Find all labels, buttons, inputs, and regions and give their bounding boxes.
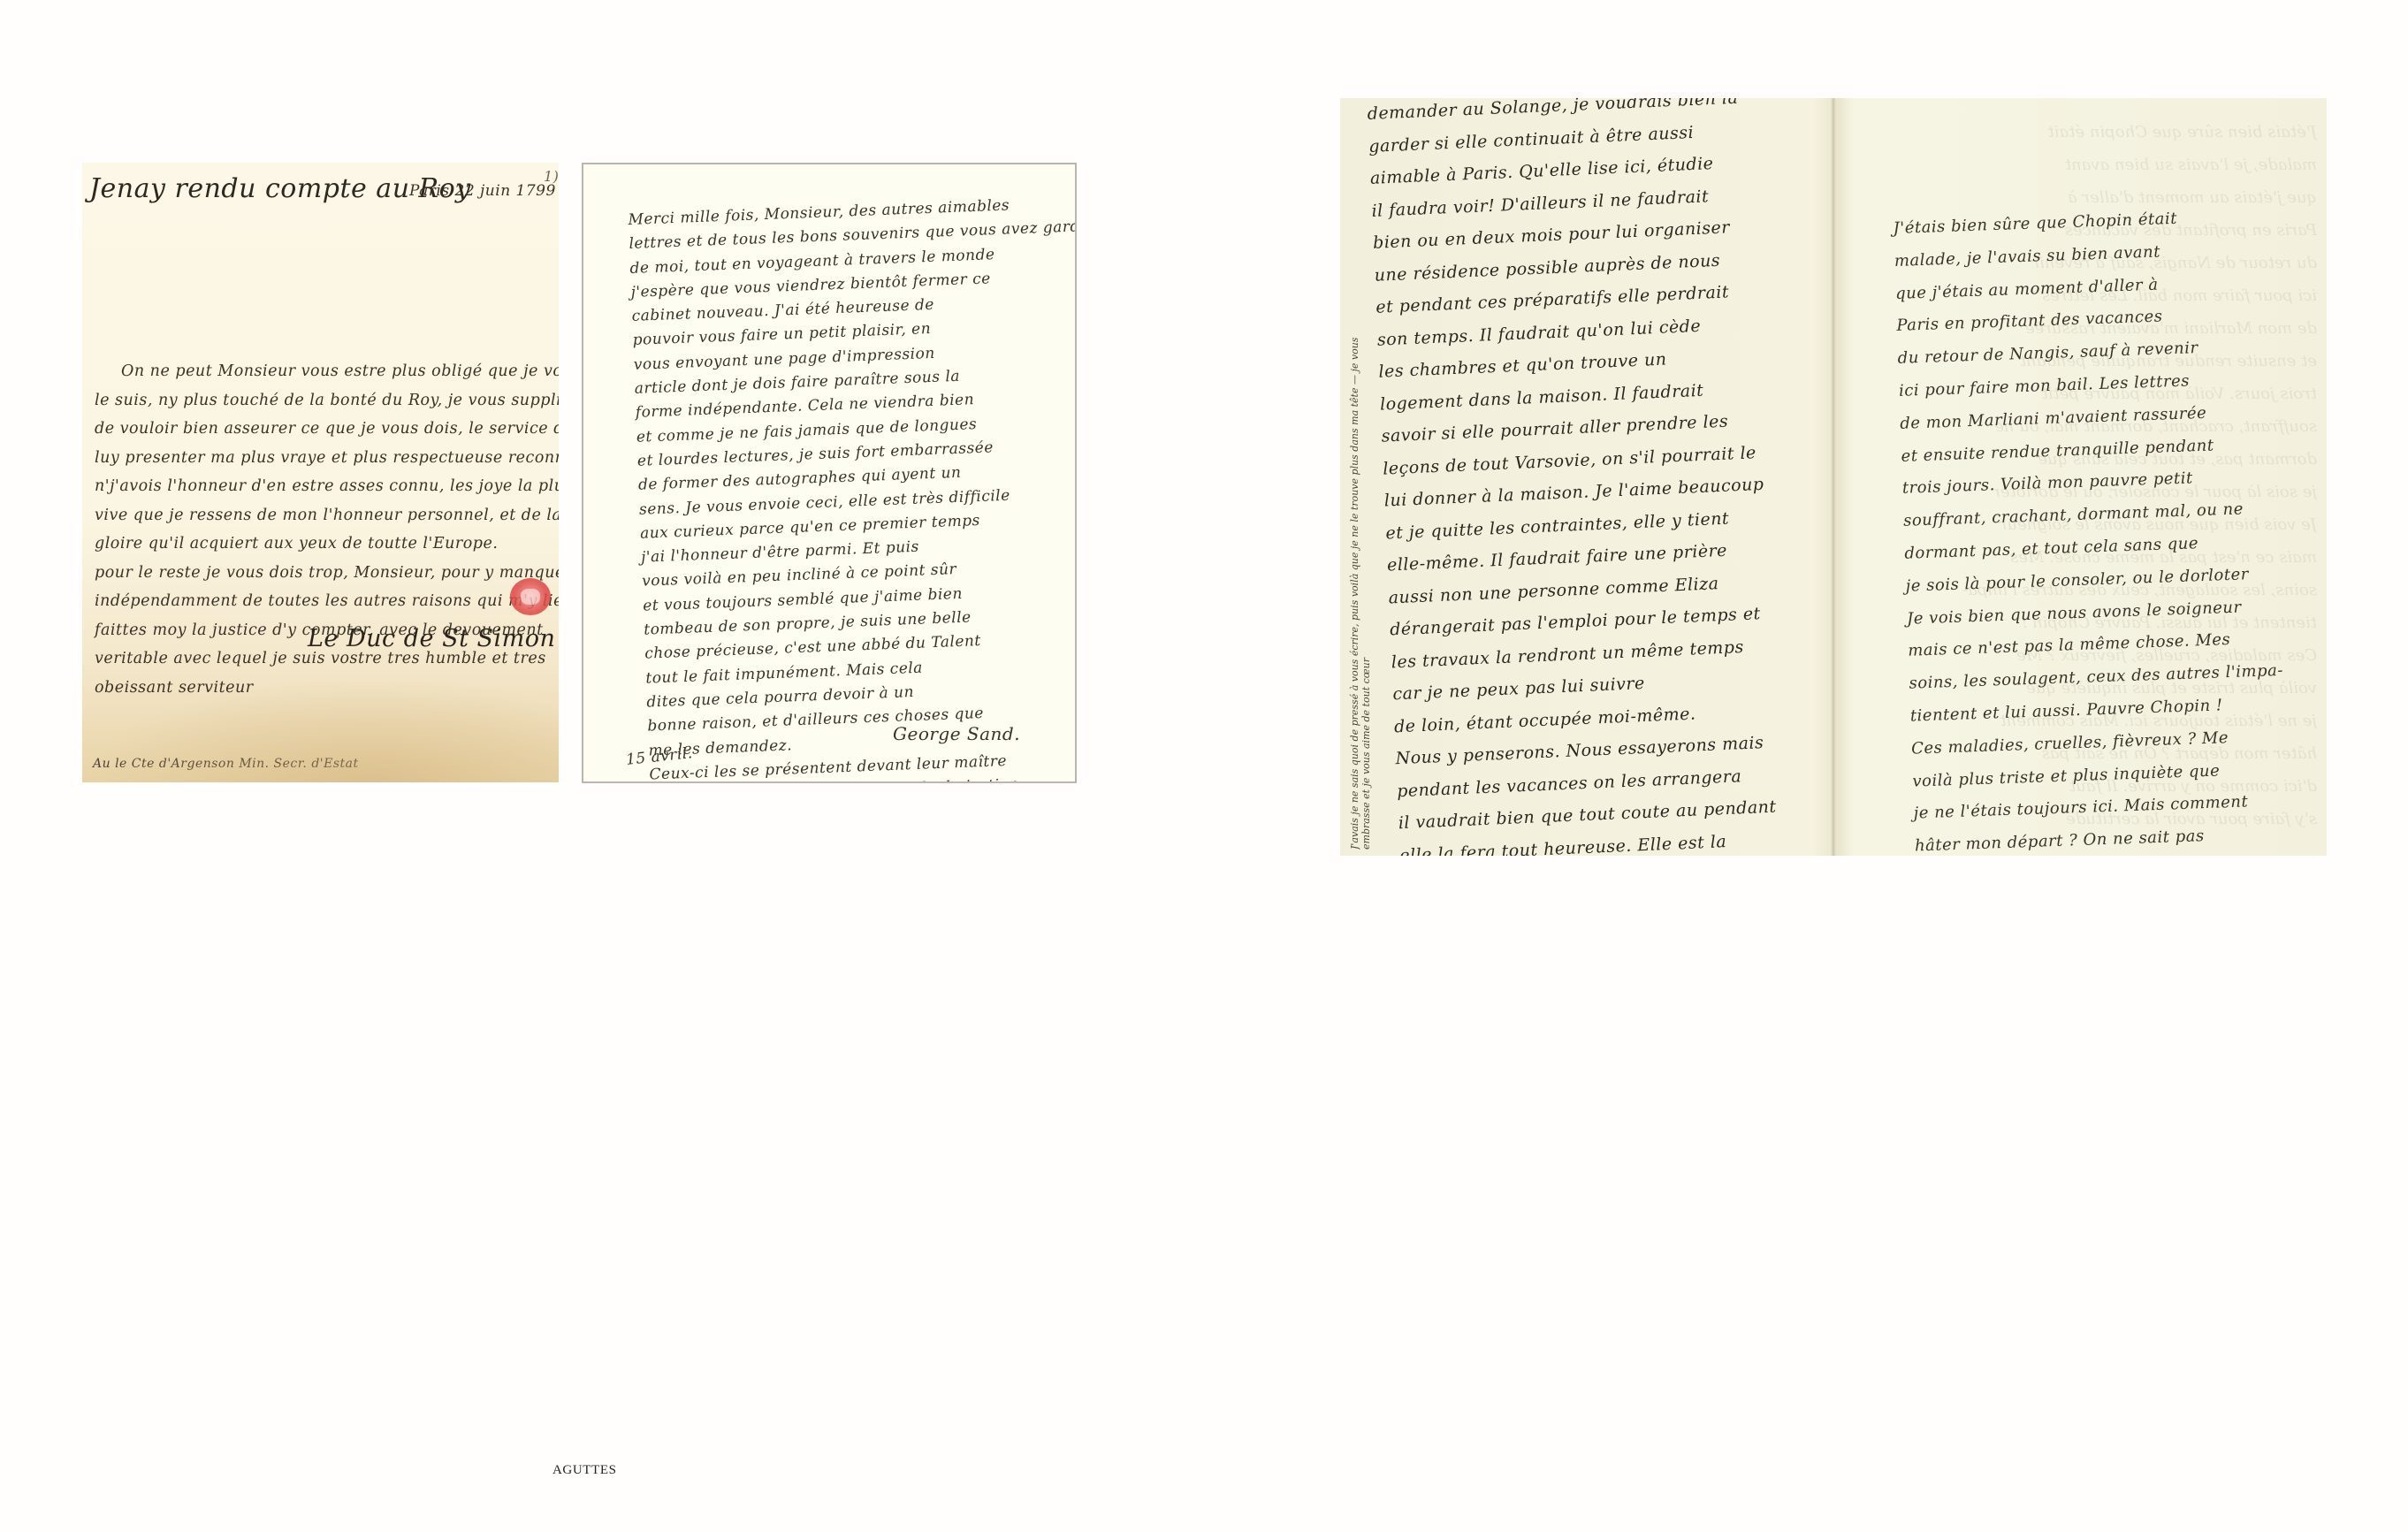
- letter-image-saint-simon: Jenay rendu compte au Roy Paris 22 juin …: [82, 163, 559, 782]
- letter-line: gloire qu'il acquiert aux yeux de toutte…: [95, 530, 559, 559]
- letter-line: On ne peut Monsieur vous estre plus obli…: [95, 357, 559, 386]
- page-fold: [1831, 98, 1836, 856]
- footer-brand: AGUTTES: [552, 1463, 617, 1478]
- letter-line: pour le reste je vous dois trop, Monsieu…: [95, 559, 559, 588]
- letter-line: obeissant serviteur: [95, 674, 559, 703]
- right-page-text: J'étais bien sûre que Chopin était malad…: [1893, 200, 2298, 856]
- left-page-text: demander au Solange, je voudrais bien la…: [1367, 98, 1850, 856]
- letter-place-date: Paris 22 juin 1799: [409, 182, 556, 200]
- letter-body: Merci mille fois, Monsieur, des autres a…: [628, 191, 1077, 783]
- margin-note: J'avais je ne sais quoi de pressé à vous…: [1349, 328, 1402, 850]
- letter-image-george-sand: Merci mille fois, Monsieur, des autres a…: [582, 163, 1077, 783]
- letter-line: indépendamment de toutes les autres rais…: [95, 587, 559, 616]
- letter-line: n'j'avois l'honneur d'en estre asses con…: [95, 472, 559, 501]
- letter-signature: Le Duc de St Simon: [308, 625, 555, 652]
- letter-signature: George Sand.: [893, 723, 1020, 744]
- library-stamp-icon: [510, 578, 551, 615]
- archive-mark: 1): [544, 168, 559, 185]
- letter-footnote: Au le Cte d'Argenson Min. Secr. d'Estat: [93, 757, 359, 771]
- letter-image-double-page: J'étais bien sûre que Chopin était malad…: [1340, 98, 2327, 856]
- letter-line: de vouloir bien asseurer ce que je vous …: [95, 415, 559, 444]
- letter-line: le suis, ny plus touché de la bonté du R…: [95, 386, 559, 415]
- letter-line: vive que je ressens de mon l'honneur per…: [95, 501, 559, 530]
- letter-line: luy presenter ma plus vraye et plus resp…: [95, 444, 559, 473]
